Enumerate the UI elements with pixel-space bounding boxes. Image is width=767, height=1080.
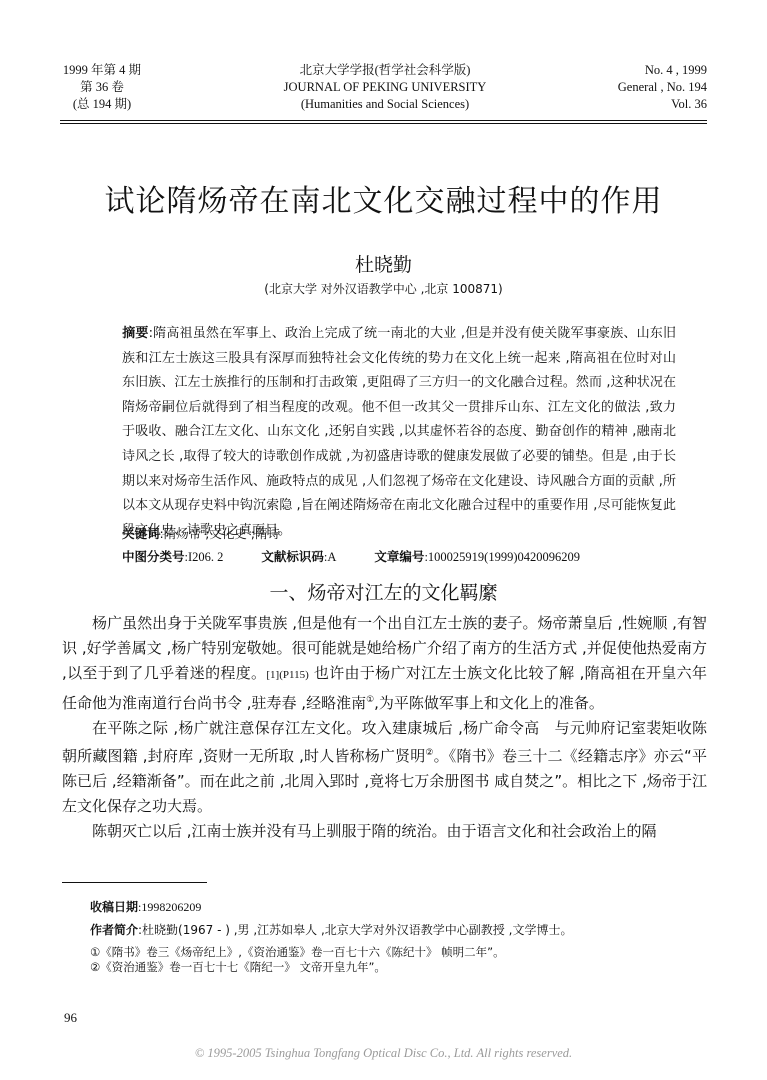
abstract-label: 摘要: [122, 326, 149, 341]
classification-line: 中图分类号:I206. 2文献标识码:A文章编号:100025919(1999)…: [122, 547, 580, 565]
article-id-value: :100025919(1999)0420096209: [424, 550, 580, 564]
received-date: 收稿日期:1998206209: [90, 898, 201, 915]
keywords-label: 关键词: [122, 526, 160, 541]
journal-subtitle-en: (Humanities and Social Sciences): [240, 96, 530, 113]
bio-value: :杜晓勤(1967 - ) ,男 ,江苏如皋人 ,北京大学对外汉语教学中心副教授…: [138, 923, 572, 937]
article-author: 杜晓勤: [0, 250, 767, 277]
paragraph: 在平陈之际 ,杨广就注意保存江左文化。攻入建康城后 ,杨广命令高 与元帅府记室裴…: [62, 716, 707, 819]
journal-name-en: JOURNAL OF PEKING UNIVERSITY: [240, 79, 530, 96]
footnote-divider: [62, 882, 207, 883]
citation: [1](P115): [266, 669, 308, 681]
general-number-en: General , No. 194: [618, 79, 707, 96]
received-label: 收稿日期: [90, 900, 138, 914]
issue-volume: 第 36 卷: [62, 79, 142, 96]
received-value: :1998206209: [138, 900, 201, 914]
keywords-value: :隋炀帝 ;文化史 ;隋诗: [160, 526, 281, 541]
footnote-marker: ①: [366, 695, 374, 705]
abstract-text: :隋高祖虽然在军事上、政治上完成了统一南北的大业 ,但是并没有使关陇军事豪族、山…: [122, 326, 676, 538]
clc-value: :I206. 2: [185, 550, 224, 564]
footnote-1: ①《隋书》卷三《炀帝纪上》,《资治通鉴》卷一百七十六《陈纪十》 帧明二年”。: [90, 944, 505, 960]
section-heading: 一、炀帝对江左的文化羁縻: [0, 578, 767, 605]
issue-info: 1999 年第 4 期 第 36 卷 (总 194 期): [62, 62, 142, 113]
issue-info-en: No. 4 , 1999 General , No. 194 Vol. 36: [618, 62, 707, 113]
copyright-notice: © 1995-2005 Tsinghua Tongfang Optical Di…: [0, 1046, 767, 1061]
issue-year: 1999 年第 4 期: [62, 62, 142, 79]
article-title: 试论隋炀帝在南北文化交融过程中的作用: [0, 176, 767, 220]
journal-name: 北京大学学报(哲学社会科学版) JOURNAL OF PEKING UNIVER…: [240, 62, 530, 113]
footnote-marker: ②: [425, 748, 433, 758]
issue-total: (总 194 期): [62, 96, 142, 113]
journal-header: 1999 年第 4 期 第 36 卷 (总 194 期) 北京大学学报(哲学社会…: [0, 62, 767, 118]
journal-name-cn: 北京大学学报(哲学社会科学版): [240, 62, 530, 79]
doc-code-value: :A: [324, 550, 337, 564]
paragraph: 陈朝灭亡以后 ,江南士族并没有马上驯服于隋的统治。由于语言文化和社会政治上的隔: [62, 819, 707, 844]
issue-number-en: No. 4 , 1999: [618, 62, 707, 79]
header-divider: [60, 120, 707, 124]
article-id-label: 文章编号: [374, 549, 424, 564]
keywords: 关键词:隋炀帝 ;文化史 ;隋诗: [122, 524, 280, 542]
page-number: 96: [64, 1010, 77, 1026]
volume-en: Vol. 36: [618, 96, 707, 113]
footnote-2: ②《资治通鉴》卷一百七十七《隋纪一》 文帝开皇九年”。: [90, 959, 386, 975]
doc-code-label: 文献标识码: [261, 549, 324, 564]
abstract: 摘要:隋高祖虽然在军事上、政治上完成了统一南北的大业 ,但是并没有使关陇军事豪族…: [122, 322, 676, 543]
author-affiliation: (北京大学 对外汉语教学中心 ,北京 100871): [0, 280, 767, 297]
paragraph: 杨广虽然出身于关陇军事贵族 ,但是他有一个出自江左士族的妻子。炀帝萧皇后 ,性婉…: [62, 611, 707, 716]
clc-label: 中图分类号: [122, 549, 185, 564]
author-bio: 作者简介:杜晓勤(1967 - ) ,男 ,江苏如皋人 ,北京大学对外汉语教学中…: [90, 921, 572, 938]
bio-label: 作者简介: [90, 923, 138, 937]
article-body: 杨广虽然出身于关陇军事贵族 ,但是他有一个出自江左士族的妻子。炀帝萧皇后 ,性婉…: [62, 611, 707, 844]
